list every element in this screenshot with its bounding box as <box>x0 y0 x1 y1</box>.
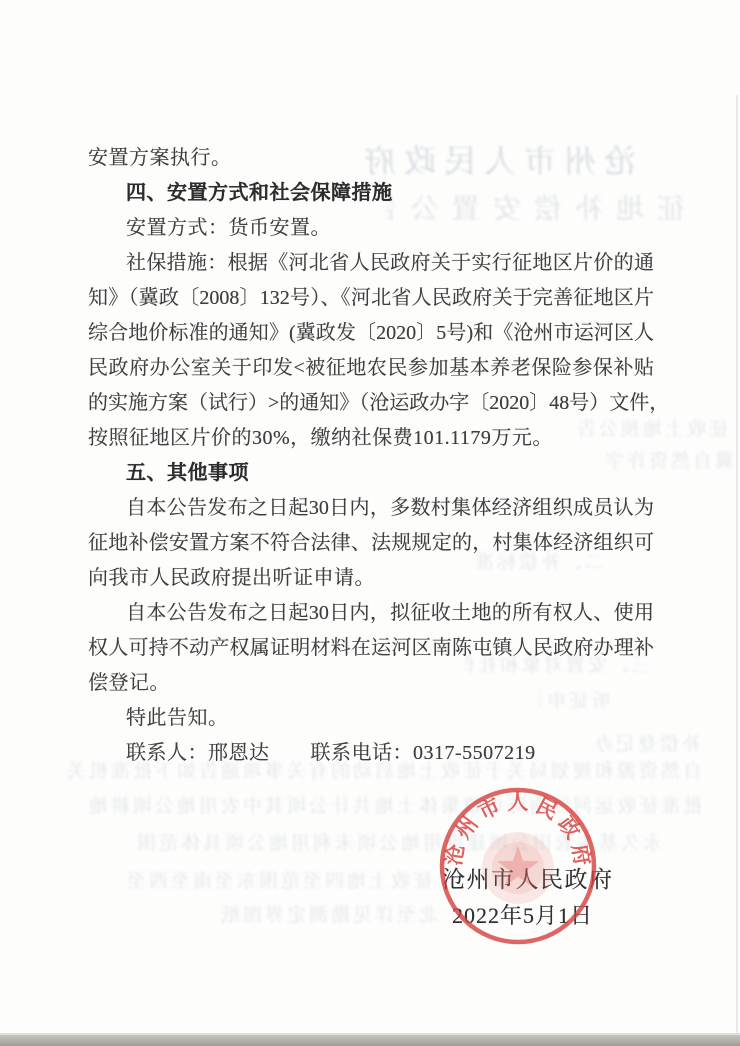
scan-edge-bottom <box>0 1035 740 1046</box>
body-line: 综合地价标准的通知》(冀政发〔2020〕5号)和《沧州市运河区人 <box>88 316 654 351</box>
contact-line: 联系人：邢恩达 联系电话：0317-5507219 <box>88 736 654 771</box>
body-line: 安置方案执行。 <box>88 141 654 176</box>
bleedthrough-fragment: 征收土地四至范围东至南至西至 <box>62 866 432 893</box>
document-body: 安置方案执行。 四、安置方式和社会保障措施 安置方式：货币安置。 社保措施：根据… <box>88 141 654 771</box>
seal-char: 民 <box>532 793 562 824</box>
section-heading-four: 四、安置方式和社会保障措施 <box>88 176 654 211</box>
body-line: 偿登记。 <box>88 666 654 701</box>
body-line: 向我市人民政府提出听证申请。 <box>88 561 654 596</box>
bleedthrough-fragment: 北至详见勘测定界图纸 <box>118 900 438 927</box>
body-line: 权人可持不动产权属证明材料在运河区南陈屯镇人民政府办理补 <box>88 631 654 666</box>
seal-char: 州 <box>451 812 483 843</box>
seal-char: 人 <box>508 790 529 814</box>
body-line: 自本公告发布之日起30日内，多数村集体经济组织成员认为 <box>88 491 654 526</box>
bleedthrough-fragment: 批准征收运河区南陈屯镇集体土地共计公顷其中农用地公顷耕地 <box>62 791 702 818</box>
body-line: 知》（冀政〔2008〕132号）、《河北省人民政府关于完善征地区片 <box>88 281 654 316</box>
body-line: 自本公告发布之日起30日内，拟征收土地的所有权人、使用 <box>88 596 654 631</box>
body-line: 按照征地区片价的30%，缴纳社保费101.1179万元。 <box>88 421 654 456</box>
scan-edge-right <box>736 95 738 1035</box>
body-line: 民政府办公室关于印发<被征地农民参加基本养老保险参保补贴 <box>88 351 654 386</box>
body-line: 征地补偿安置方案不符合法律、法规规定的，村集体经济组织可 <box>88 526 654 561</box>
scanned-announcement-page: 沧州市人民政府 征地补偿安置公告 征收土地预公告 冀自然资许字 二、补偿标准 三… <box>0 0 740 1046</box>
body-line: 安置方式：货币安置。 <box>88 211 654 246</box>
closing-line: 特此告知。 <box>88 701 654 736</box>
seal-char: 沧 <box>441 842 468 867</box>
section-heading-five: 五、其他事项 <box>88 456 654 491</box>
seal-char: 政 <box>553 812 585 843</box>
seal-char: 府 <box>567 842 594 867</box>
official-seal-icon: 沧 州 市 人 民 政 府 <box>433 780 603 952</box>
body-line: 的实施方案（试行）>的通知》（沧运政办字〔2020〕48号）文件， <box>88 386 654 421</box>
body-line: 社保措施：根据《河北省人民政府关于实行征地区片价的通 <box>88 246 654 281</box>
seal-char: 市 <box>474 793 504 824</box>
